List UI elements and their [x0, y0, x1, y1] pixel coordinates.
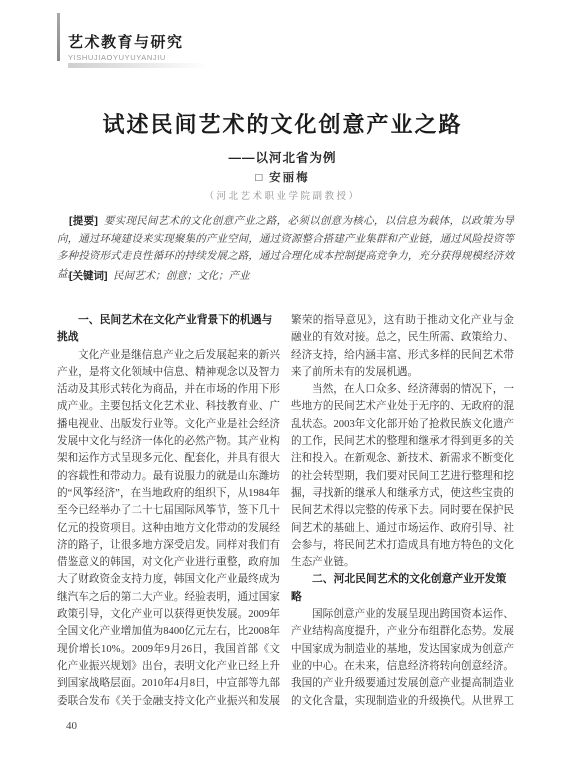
article-body: 一、民间艺术在文化产业背景下的机遇与挑战 文化产业是继信息产业之后发展起来的新兴…: [57, 312, 514, 714]
section-2-heading: 二、河北民间艺术的文化创意产业开发策略: [291, 571, 514, 606]
journal-name: 艺术教育与研究: [68, 31, 208, 52]
author-marker: □: [255, 172, 264, 184]
header-underline-shadow: [68, 63, 208, 68]
abstract-label: [提要]: [69, 215, 98, 227]
journal-header: 艺术教育与研究 YISHUJIAOYUYUYANJIU: [68, 31, 208, 68]
keywords-block: [关键词] 民间艺术；创意；文化；产业: [57, 268, 514, 286]
header-vertical-rule: [57, 13, 60, 61]
body-paragraph: 当然，在人口众多、经济薄弱的情况下，一些地方的民间艺术产业处于无序的、无政府的混…: [291, 381, 514, 571]
author-line: □ 安丽梅: [0, 169, 565, 185]
section-1-heading: 一、民间艺术在文化产业背景下的机遇与挑战: [57, 312, 280, 347]
page-number: 40: [66, 720, 77, 732]
keywords-label: [关键词]: [69, 270, 108, 282]
article-subtitle: ——以河北省为例: [0, 148, 565, 166]
keywords-text: 民间艺术；创意；文化；产业: [113, 271, 250, 282]
affiliation: （河北艺术职业学院副教授）: [0, 188, 565, 202]
author-name: 安丽梅: [269, 172, 310, 184]
article-title: 试述民间艺术的文化创意产业之路: [0, 108, 565, 139]
journal-pinyin: YISHUJIAOYUYUYANJIU: [68, 53, 208, 62]
document-page: 艺术教育与研究 YISHUJIAOYUYUYANJIU 试述民间艺术的文化创意产…: [0, 0, 565, 768]
